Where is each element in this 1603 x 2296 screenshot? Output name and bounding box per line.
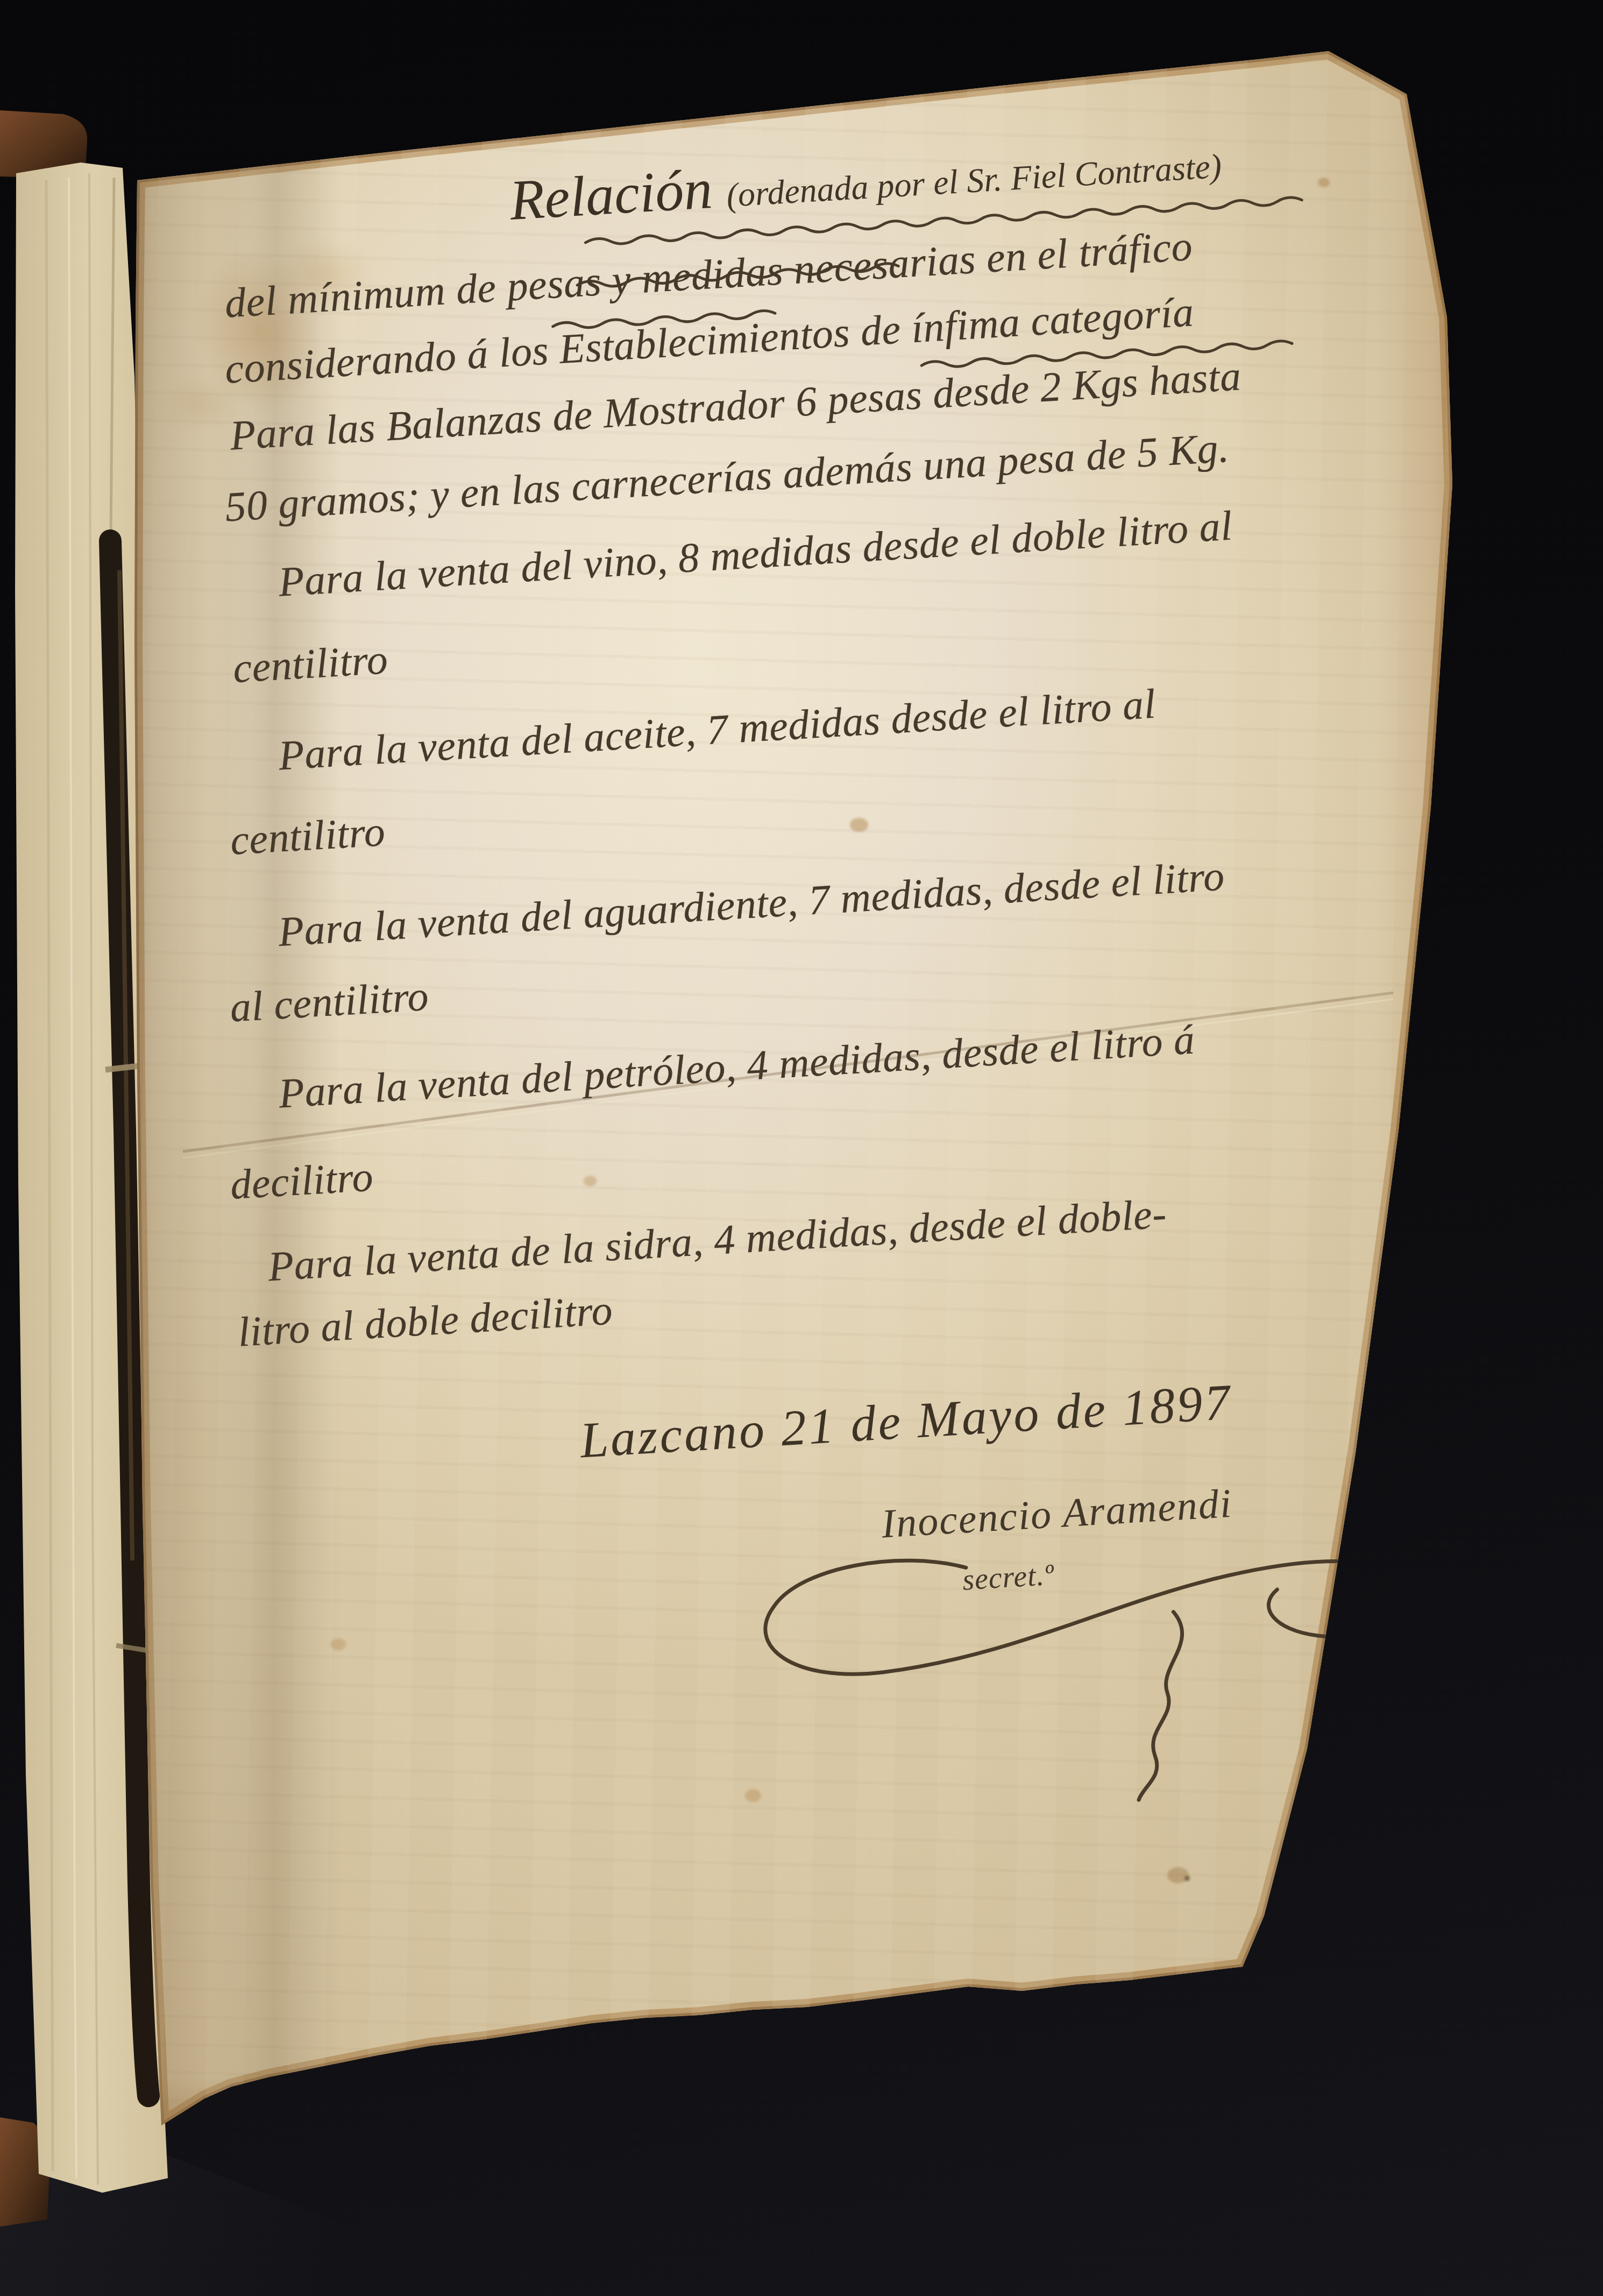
body-line: litro al doble decilitro bbox=[237, 1289, 614, 1353]
body-line: Para la venta del vino, 8 medidas desde … bbox=[278, 505, 1233, 603]
manuscript-page: Relación(ordenada por el Sr. Fiel Contra… bbox=[81, 22, 1479, 2152]
body-line: Para la venta del aceite, 7 medidas desd… bbox=[278, 683, 1157, 777]
signature-flourish bbox=[714, 1497, 1486, 1891]
handwriting-layer: Relación(ordenada por el Sr. Fiel Contra… bbox=[23, 0, 1545, 2190]
body-line: Para la venta del petróleo, 4 medidas, d… bbox=[278, 1018, 1196, 1114]
body-line: decilitro bbox=[229, 1155, 374, 1206]
body-line: Para la venta de la sidra, 4 medidas, de… bbox=[267, 1192, 1168, 1288]
body-line: centilitro bbox=[232, 638, 389, 689]
body-line: centilitro bbox=[229, 810, 386, 861]
date-line: Lazcano 21 de Mayo de 1897 bbox=[579, 1377, 1233, 1466]
title-word-relacion: Relación bbox=[508, 157, 714, 232]
photograph-of-manuscript: Relación(ordenada por el Sr. Fiel Contra… bbox=[0, 0, 1603, 2296]
body-line: Para la venta del aguardiente, 7 medidas… bbox=[277, 855, 1225, 953]
body-line: al centilitro bbox=[229, 975, 430, 1029]
